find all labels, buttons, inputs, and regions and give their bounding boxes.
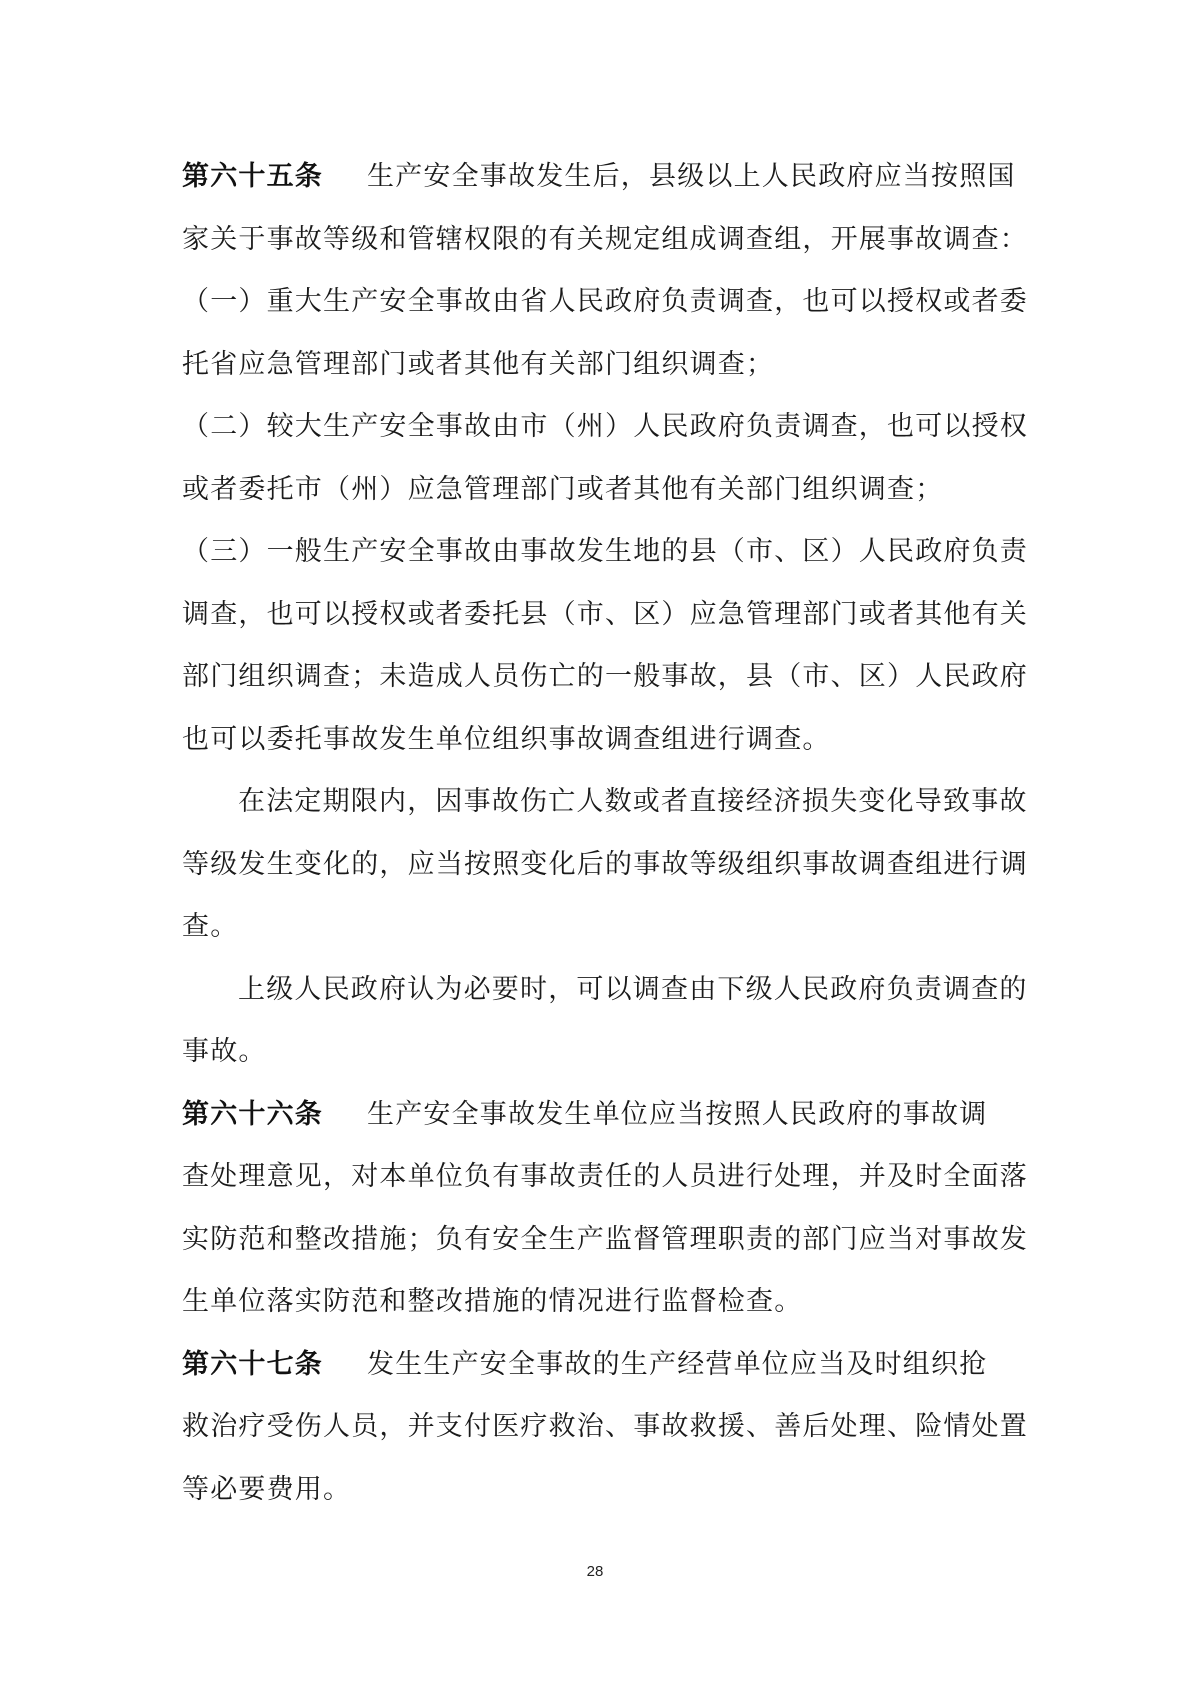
text-line: 查。 [182,896,1012,959]
text-line: 部门组织调查；未造成人员伤亡的一般事故，县（市、区）人民政府 [182,646,1012,709]
clause-2-line: （二）较大生产安全事故由市（州）人民政府负责调查，也可以授权 [182,396,1012,459]
paragraph-start-line: 上级人民政府认为必要时，可以调查由下级人民政府负责调查的 [182,959,1012,1022]
article-65-text: 生产安全事故发生后，县级以上人民政府应当按照国 [367,161,1016,192]
text-line: 托省应急管理部门或者其他有关部门组织调查； [182,334,1012,397]
clause-1-line: （一）重大生产安全事故由省人民政府负责调查，也可以授权或者委 [182,271,1012,334]
text-line: 救治疗受伤人员，并支付医疗救治、事故救援、善后处理、险情处置 [182,1396,1012,1459]
article-66-heading: 第六十六条 [182,1099,323,1130]
article-66-line-1: 第六十六条生产安全事故发生单位应当按照人民政府的事故调 [182,1084,1012,1147]
text-line: 查处理意见，对本单位负有事故责任的人员进行处理，并及时全面落 [182,1146,1012,1209]
article-66-text: 生产安全事故发生单位应当按照人民政府的事故调 [367,1099,987,1130]
article-67-line-1: 第六十七条发生生产安全事故的生产经营单位应当及时组织抢 [182,1334,1012,1397]
document-body: 第六十五条生产安全事故发生后，县级以上人民政府应当按照国 家关于事故等级和管辖权… [182,146,1012,1521]
article-67-text: 发生生产安全事故的生产经营单位应当及时组织抢 [367,1349,987,1380]
text-line: 等级发生变化的，应当按照变化后的事故等级组织事故调查组进行调 [182,834,1012,897]
text-line: 或者委托市（州）应急管理部门或者其他有关部门组织调查； [182,459,1012,522]
text-line: 生单位落实防范和整改措施的情况进行监督检查。 [182,1271,1012,1334]
article-65-line-1: 第六十五条生产安全事故发生后，县级以上人民政府应当按照国 [182,146,1012,209]
text-line: 也可以委托事故发生单位组织事故调查组进行调查。 [182,709,1012,772]
article-67-heading: 第六十七条 [182,1349,323,1380]
article-65-heading: 第六十五条 [182,161,323,192]
document-page: 第六十五条生产安全事故发生后，县级以上人民政府应当按照国 家关于事故等级和管辖权… [0,0,1190,1683]
paragraph-start-line: 在法定期限内，因事故伤亡人数或者直接经济损失变化导致事故 [182,771,1012,834]
page-number: 28 [0,1563,1190,1580]
text-line: 事故。 [182,1021,1012,1084]
text-line: 实防范和整改措施；负有安全生产监督管理职责的部门应当对事故发 [182,1209,1012,1272]
text-line: 家关于事故等级和管辖权限的有关规定组成调查组，开展事故调查： [182,209,1012,272]
text-line: 等必要费用。 [182,1459,1012,1522]
clause-3-line: （三）一般生产安全事故由事故发生地的县（市、区）人民政府负责 [182,521,1012,584]
text-line: 调查，也可以授权或者委托县（市、区）应急管理部门或者其他有关 [182,584,1012,647]
